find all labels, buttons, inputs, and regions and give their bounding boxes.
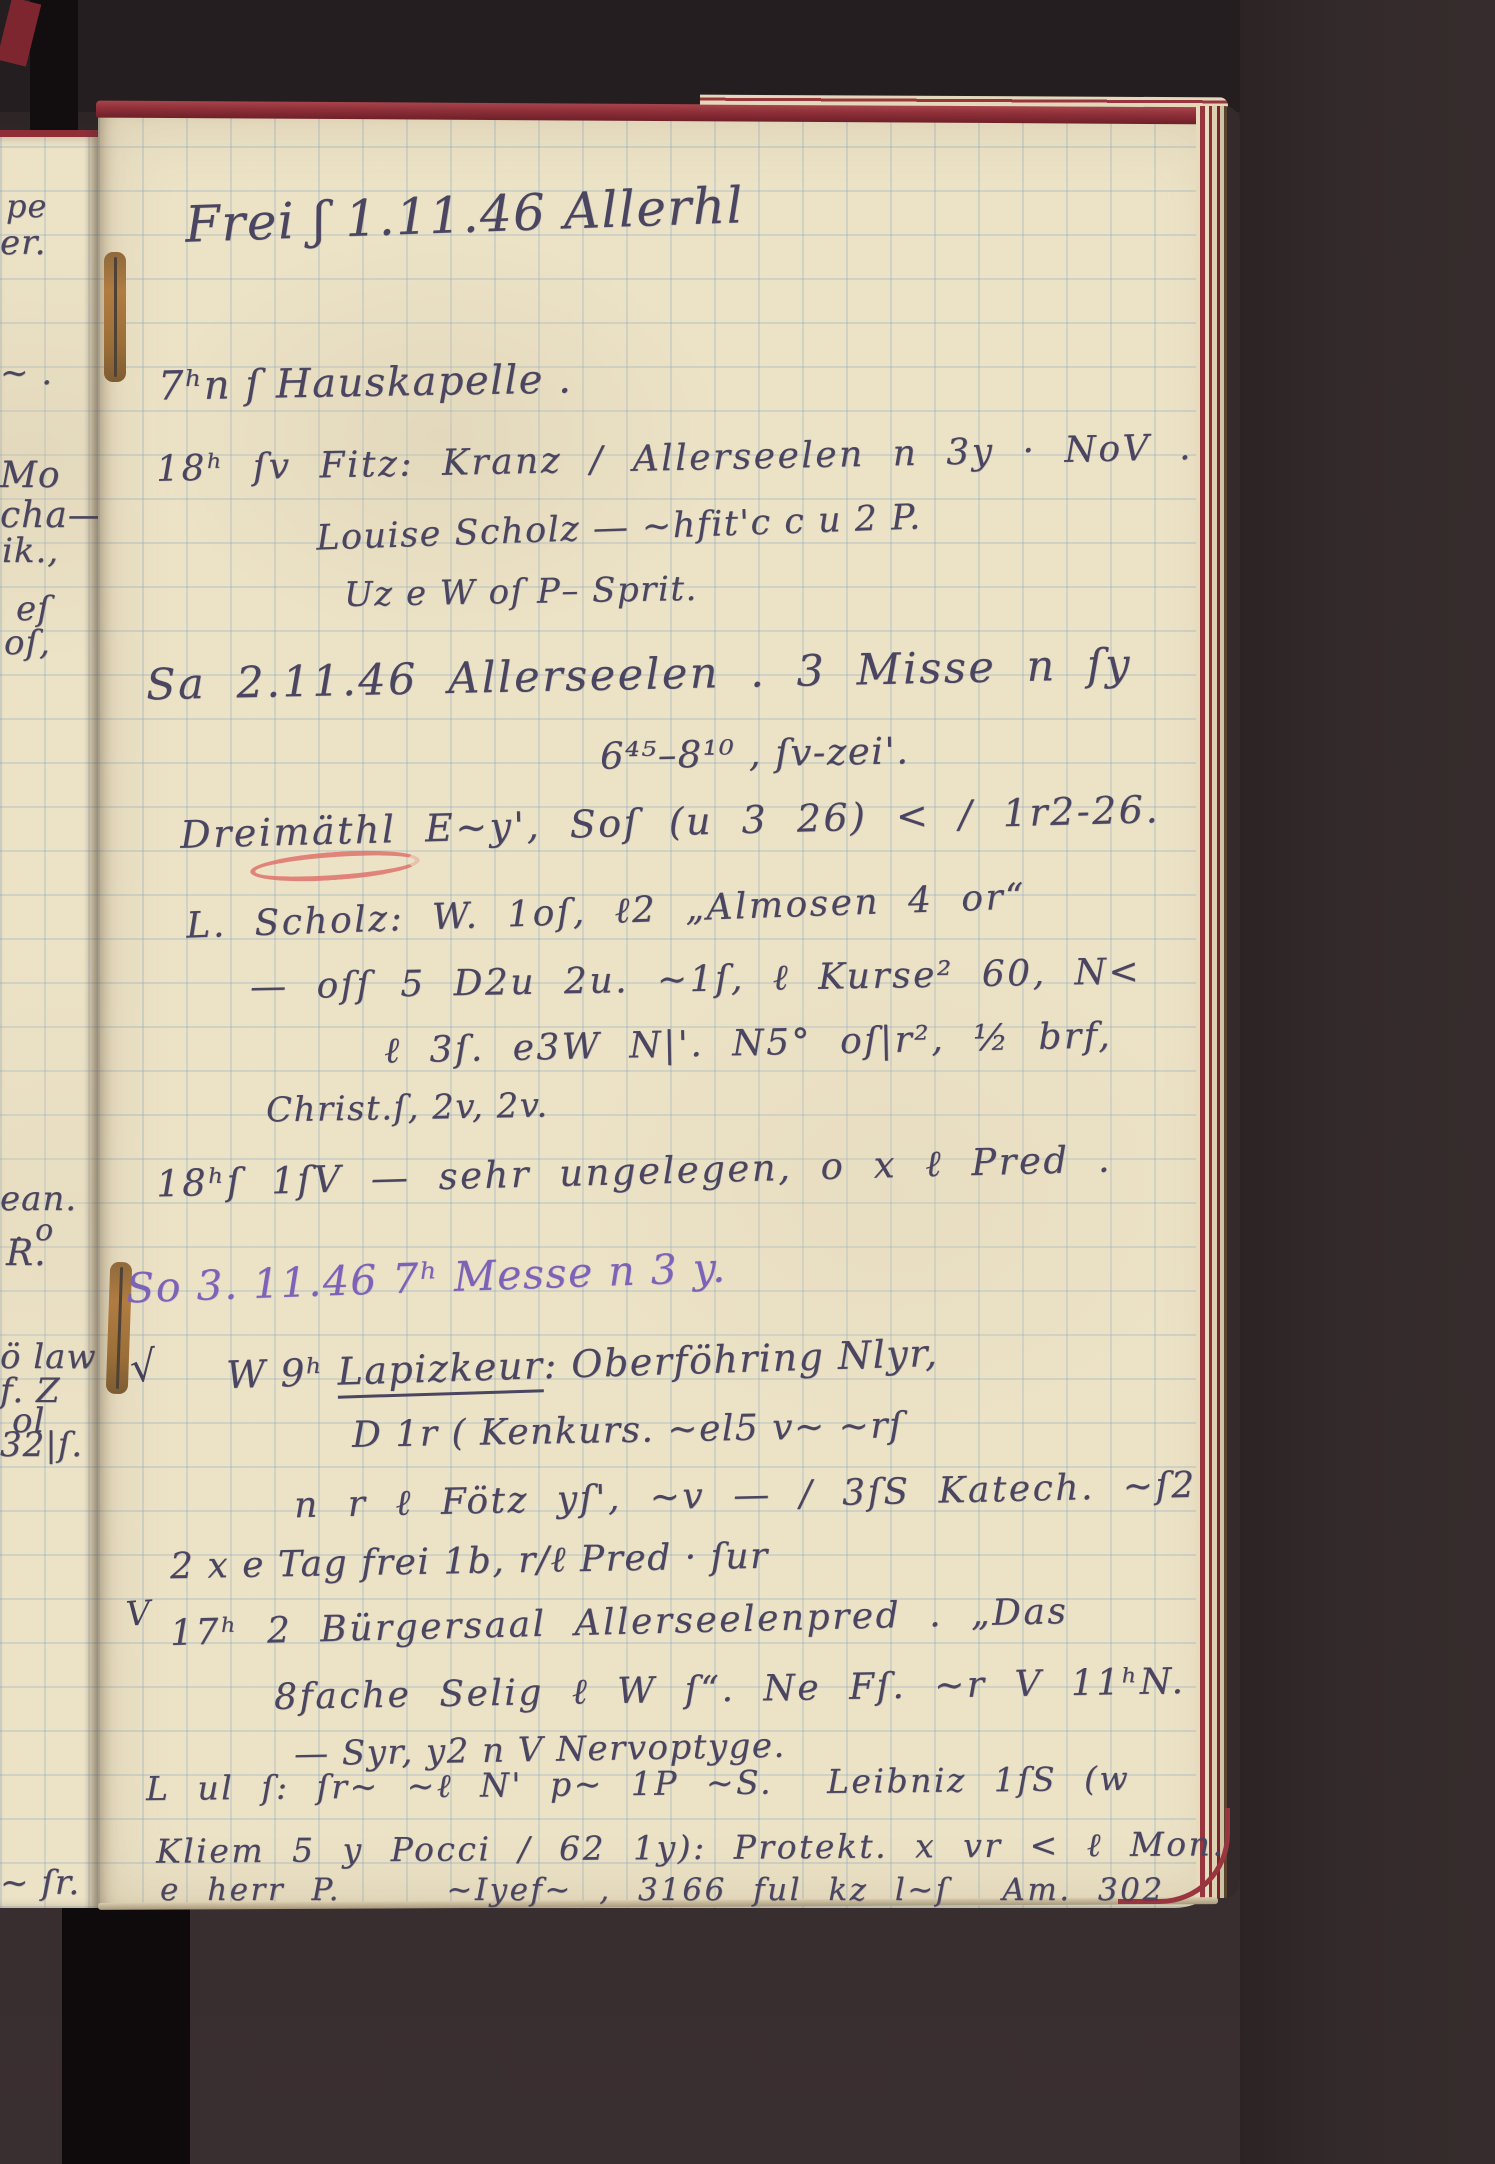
check-mark: √: [128, 1341, 160, 1393]
left-page-fragment: R.: [6, 1233, 47, 1274]
photo-background: pe er. ~ . Mo cha— ik., eſ oſ, ean. . o …: [0, 0, 1495, 2164]
diary-line: e herr P. ~Iyef~ , 3166 ful kz l~ſ Am. 3…: [160, 1872, 1165, 1908]
diary-line: Uz e W oſ P– Sprit.: [344, 569, 698, 615]
left-page-fragment: oſ,: [4, 623, 51, 663]
diary-line: Kliem 5 y Pocci / 62 1y): Protekt. x vr …: [156, 1824, 1226, 1871]
page-right-binding-edge: [1196, 106, 1240, 1898]
check-mark: V: [125, 1593, 152, 1635]
left-page-fragment: ~ .: [0, 353, 53, 393]
left-page-fragment: ik.,: [2, 531, 59, 571]
line-prefix: W 9ʰ: [225, 1350, 338, 1397]
left-page-fragment: er.: [0, 223, 46, 263]
left-page-fragment: Mo: [0, 455, 61, 496]
left-page-fragment: ~ ſr.: [0, 1863, 80, 1903]
background-right-band: [1240, 0, 1495, 2164]
book-spine-shadow-bottom: [62, 1896, 190, 2164]
diary-line: 7ʰn ſ Hauskapelle .: [158, 356, 573, 409]
diary-line: Christ.ſ, 2v, 2v.: [266, 1086, 549, 1131]
left-page-fragment: pe: [6, 187, 47, 225]
left-page-fragment: 32|ſ.: [0, 1425, 83, 1465]
staple-mark-top: [104, 252, 126, 382]
underlined-word: Lapizkeur: [337, 1343, 544, 1398]
diary-line: 6⁴⁵–8¹⁰ , ſv-zei'.: [600, 729, 910, 777]
